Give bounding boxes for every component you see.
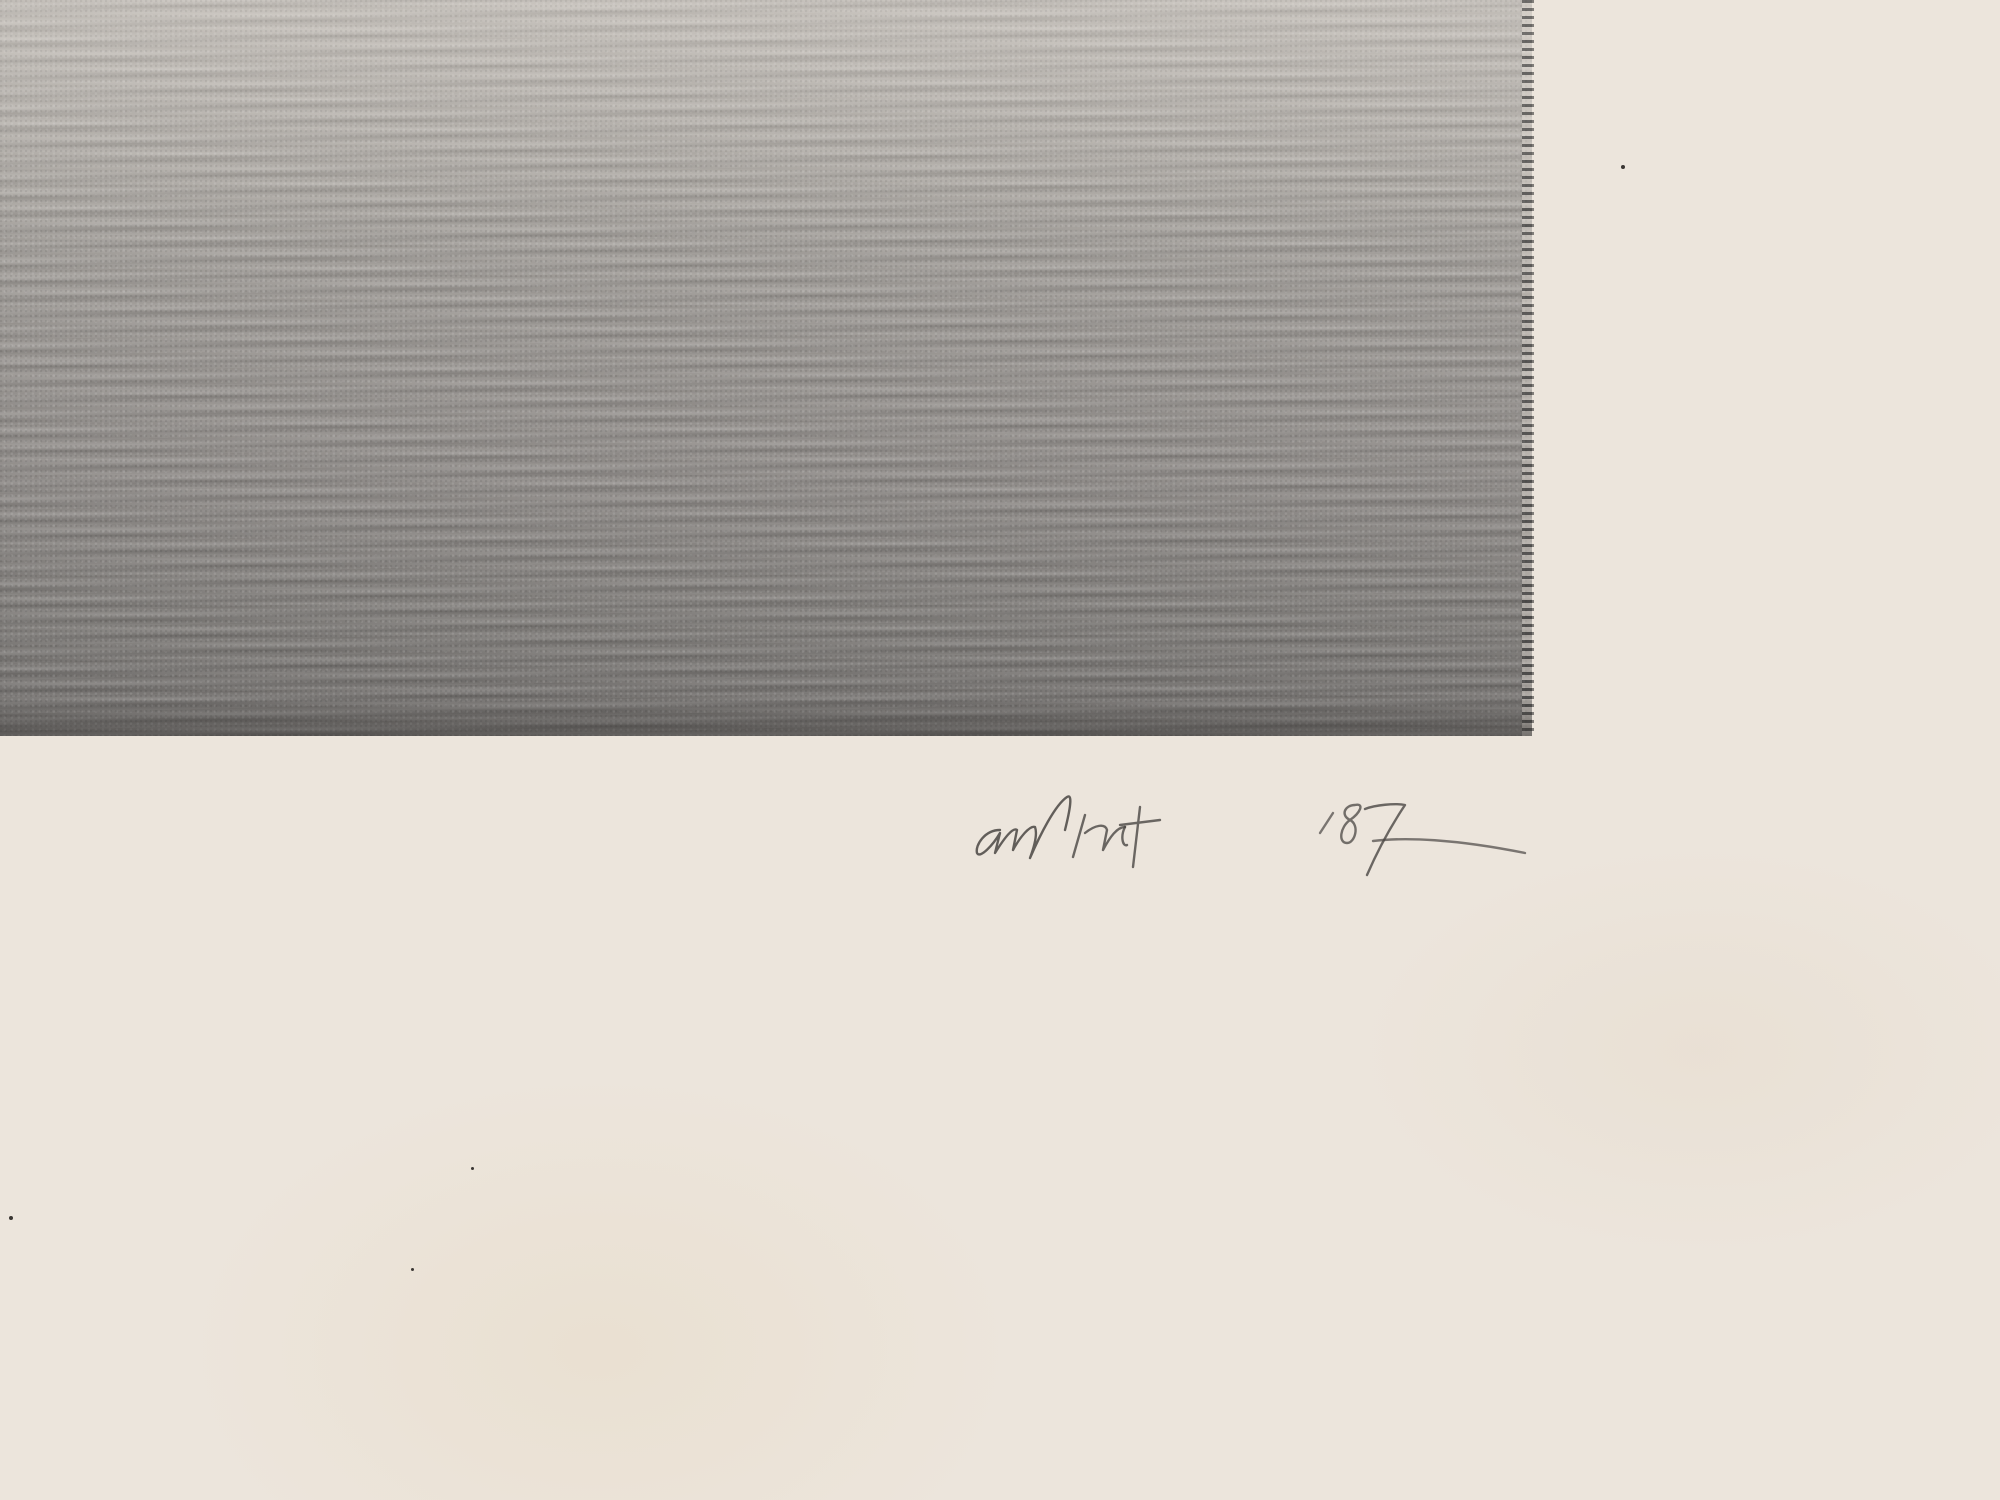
paper-speck <box>471 1167 474 1170</box>
paper-speck <box>411 1268 414 1271</box>
print-right-edge <box>1522 0 1534 736</box>
print-bottom-edge <box>0 700 1532 736</box>
pencil-signature <box>955 775 1535 885</box>
paper-speck <box>9 1216 13 1220</box>
print-highlight <box>0 0 1532 240</box>
paper-speck <box>1621 165 1625 169</box>
